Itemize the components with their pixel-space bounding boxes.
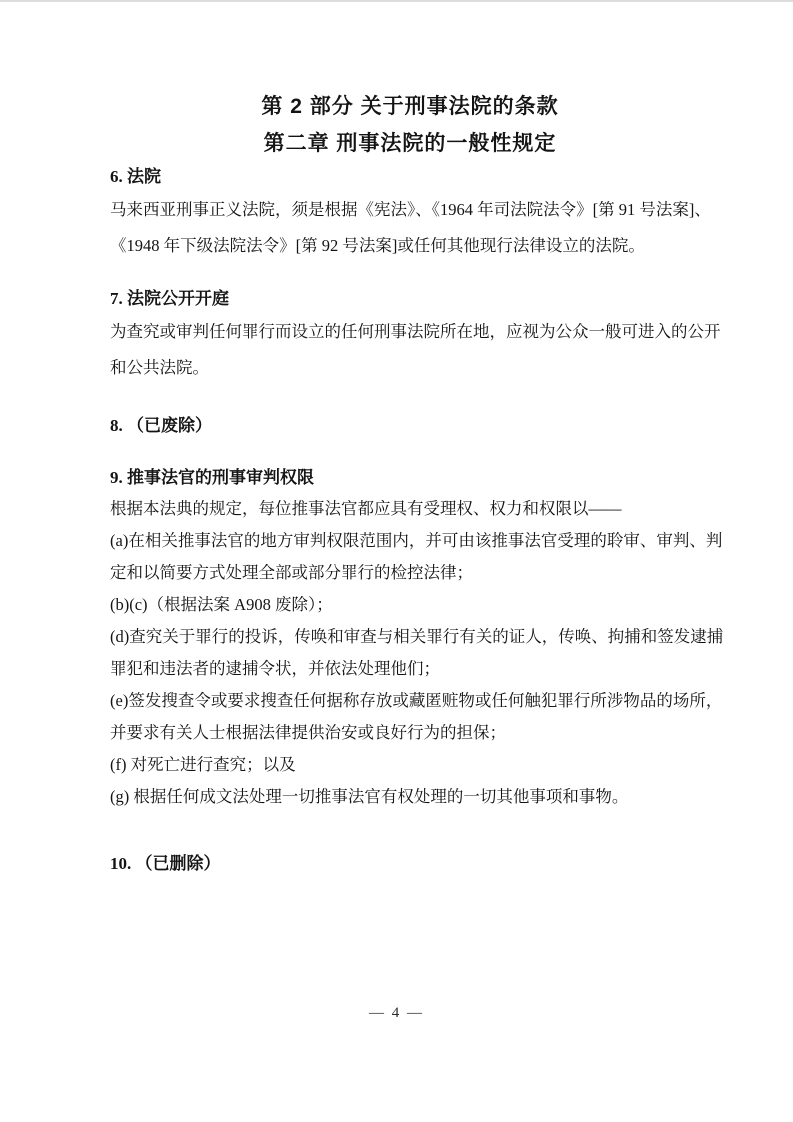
list-item-e-line: 并要求有关人士根据法律提供治安或良好行为的担保； <box>110 717 710 749</box>
list-item-g-line: (g) 根据任何成文法处理一切推事法官有权处理的一切其他事项和事物。 <box>110 781 710 813</box>
text-line: 根据本法典的规定，每位推事法官都应具有受理权、权力和权限以—— <box>110 493 710 525</box>
list-item-f-line: (f) 对死亡进行查究；以及 <box>110 749 710 781</box>
list-item-d-line: (d)查究关于罪行的投诉，传唤和审查与相关罪行有关的证人，传唤、拘捕和签发逮捕 <box>110 621 710 653</box>
text-line: 为查究或审判任何罪行而设立的任何刑事法院所在地，应视为公众一般可进入的公开 <box>110 314 710 350</box>
list-item-e-line: (e)签发搜查令或要求搜查任何据称存放或藏匿赃物或任何触犯罪行所涉物品的场所， <box>110 685 710 717</box>
chapter-title: 第二章 刑事法院的一般性规定 <box>110 125 710 162</box>
document-page: 第 2 部分 关于刑事法院的条款 第二章 刑事法院的一般性规定 6. 法院 马来… <box>0 0 793 1122</box>
page-number: — 4 — <box>0 1005 793 1022</box>
list-item-a-line: (a)在相关推事法官的地方审判权限范围内，并可由该推事法官受理的聆审、审判、判 <box>110 525 710 557</box>
section-heading: 9. 推事法官的刑事审判权限 <box>110 463 710 493</box>
section-10-deleted: 10. （已删除） <box>110 849 710 879</box>
section-9-magistrate-jurisdiction: 9. 推事法官的刑事审判权限 根据本法典的规定，每位推事法官都应具有受理权、权力… <box>110 463 710 813</box>
section-6-courts: 6. 法院 马来西亚刑事正义法院，须是根据《宪法》、《1964 年司法院法令》[… <box>110 162 710 264</box>
section-8-repealed: 8. （已废除） <box>110 411 710 441</box>
page-content: 第 2 部分 关于刑事法院的条款 第二章 刑事法院的一般性规定 6. 法院 马来… <box>0 2 793 879</box>
section-heading: 7. 法院公开开庭 <box>110 284 710 314</box>
text-line: 和公共法院。 <box>110 350 710 386</box>
list-item-bc-line: (b)(c)（根据法案 A908 废除）； <box>110 589 710 621</box>
section-heading: 6. 法院 <box>110 162 710 192</box>
list-item-d-line: 罪犯和违法者的逮捕令状，并依法处理他们； <box>110 653 710 685</box>
section-heading: 10. （已删除） <box>110 849 710 879</box>
section-heading: 8. （已废除） <box>110 411 710 441</box>
part-title: 第 2 部分 关于刑事法院的条款 <box>110 88 710 125</box>
list-item-a-line: 定和以简要方式处理全部或部分罪行的检控法律； <box>110 557 710 589</box>
section-7-open-court: 7. 法院公开开庭 为查究或审判任何罪行而设立的任何刑事法院所在地，应视为公众一… <box>110 284 710 386</box>
text-line: 马来西亚刑事正义法院，须是根据《宪法》、《1964 年司法院法令》[第 91 号… <box>110 192 710 228</box>
text-line: 《1948 年下级法院法令》[第 92 号法案]或任何其他现行法律设立的法院。 <box>110 228 710 264</box>
